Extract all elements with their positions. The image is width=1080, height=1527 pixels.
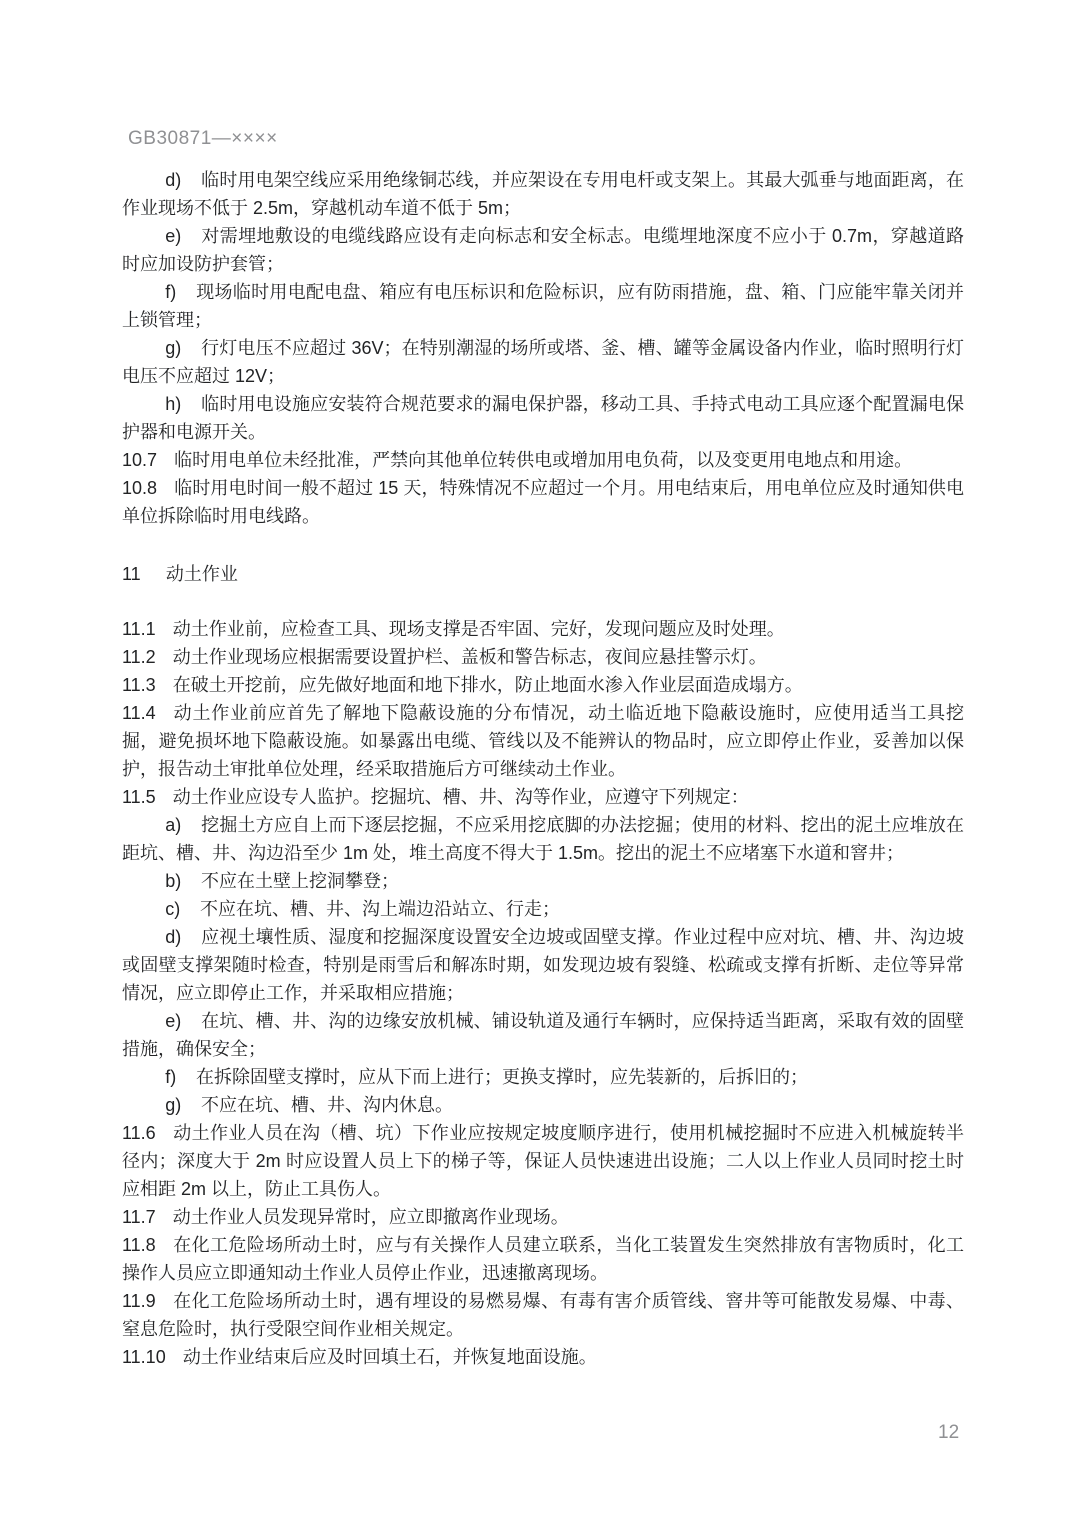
- clause-paragraph: 11.4动土作业前应首先了解地下隐蔽设施的分布情况，动土临近地下隐蔽设施时，应使…: [122, 699, 964, 783]
- clause-paragraph: e)对需埋地敷设的电缆线路应设有走向标志和安全标志。电缆埋地深度不应小于 0.7…: [122, 222, 964, 278]
- clause-paragraph: 11.8在化工危险场所动土时，应与有关操作人员建立联系，当化工装置发生突然排放有…: [122, 1231, 964, 1287]
- clause-text: 动土作业: [166, 564, 238, 584]
- clause-text: 现场临时用电配电盘、箱应有电压标识和危险标识，应有防雨措施，盘、箱、门应能牢靠关…: [122, 282, 964, 330]
- clause-label: 11.5: [122, 787, 156, 807]
- clause-text: 应视土壤性质、湿度和挖掘深度设置安全边坡或固壁支撑。作业过程中应对坑、槽、井、沟…: [122, 927, 964, 1003]
- clause-paragraph: d)临时用电架空线应采用绝缘铜芯线，并应架设在专用电杆或支架上。其最大弧垂与地面…: [122, 166, 964, 222]
- page-number: 12: [938, 1422, 959, 1444]
- clause-paragraph: 11.3在破土开挖前，应先做好地面和地下排水，防止地面水渗入作业层面造成塌方。: [122, 671, 964, 699]
- clause-label: h): [165, 394, 181, 414]
- clause-text: 动土作业应设专人监护。挖掘坑、槽、井、沟等作业，应遵守下列规定：: [173, 787, 749, 807]
- clause-paragraph: h)临时用电设施应安装符合规范要求的漏电保护器，移动工具、手持式电动工具应逐个配…: [122, 390, 964, 446]
- clause-text: 临时用电设施应安装符合规范要求的漏电保护器，移动工具、手持式电动工具应逐个配置漏…: [122, 394, 964, 442]
- clause-paragraph: b)不应在土壁上挖洞攀登；: [122, 867, 964, 895]
- clause-label: 11.9: [122, 1291, 156, 1311]
- clause-paragraph: 11.10动土作业结束后应及时回填土石，并恢复地面设施。: [122, 1343, 964, 1371]
- clause-paragraph: 11.6动土作业人员在沟（槽、坑）下作业应按规定坡度顺序进行，使用机械挖掘时不应…: [122, 1119, 964, 1203]
- clause-label: d): [165, 927, 181, 947]
- clause-label: f): [165, 282, 176, 302]
- clause-paragraph: 11.2动土作业现场应根据需要设置护栏、盖板和警告标志，夜间应悬挂警示灯。: [122, 643, 964, 671]
- clause-label: c): [165, 899, 180, 919]
- clause-text: 动土作业现场应根据需要设置护栏、盖板和警告标志，夜间应悬挂警示灯。: [173, 647, 767, 667]
- clause-label: 11.2: [122, 647, 156, 667]
- clause-text: 临时用电时间一般不超过 15 天，特殊情况不应超过一个月。用电结束后，用电单位应…: [122, 478, 964, 526]
- clause-text: 在拆除固壁支撑时，应从下而上进行；更换支撑时，应先装新的，后拆旧的；: [196, 1067, 808, 1087]
- clause-text: 挖掘土方应自上而下逐层挖掘，不应采用挖底脚的办法挖掘；使用的材料、挖出的泥土应堆…: [122, 815, 964, 863]
- clause-label: 11.6: [122, 1123, 156, 1143]
- clause-paragraph: g)不应在坑、槽、井、沟内休息。: [122, 1091, 964, 1119]
- clause-paragraph: a)挖掘土方应自上而下逐层挖掘，不应采用挖底脚的办法挖掘；使用的材料、挖出的泥土…: [122, 811, 964, 867]
- clause-paragraph: 11.5动土作业应设专人监护。挖掘坑、槽、井、沟等作业，应遵守下列规定：: [122, 783, 964, 811]
- clause-paragraph: 11.9在化工危险场所动土时，遇有埋设的易燃易爆、有毒有害介质管线、窨井等可能散…: [122, 1287, 964, 1343]
- clause-text: 行灯电压不应超过 36V；在特别潮湿的场所或塔、釜、槽、罐等金属设备内作业，临时…: [122, 338, 964, 386]
- clause-paragraph: 10.7临时用电单位未经批准，严禁向其他单位转供电或增加用电负荷，以及变更用电地…: [122, 446, 964, 474]
- clause-text: 临时用电单位未经批准，严禁向其他单位转供电或增加用电负荷，以及变更用电地点和用途…: [174, 450, 912, 470]
- clause-text: 动土作业前，应检查工具、现场支撑是否牢固、完好，发现问题应及时处理。: [173, 619, 785, 639]
- clause-label: 11.1: [122, 619, 156, 639]
- clause-paragraph: 11.7动土作业人员发现异常时，应立即撤离作业现场。: [122, 1203, 964, 1231]
- clause-text: 临时用电架空线应采用绝缘铜芯线，并应架设在专用电杆或支架上。其最大弧垂与地面距离…: [122, 170, 964, 218]
- clause-text: 在破土开挖前，应先做好地面和地下排水，防止地面水渗入作业层面造成塌方。: [173, 675, 803, 695]
- clause-paragraph: e)在坑、槽、井、沟的边缘安放机械、铺设轨道及通行车辆时，应保持适当距离，采取有…: [122, 1007, 964, 1063]
- clause-label: 11.8: [122, 1235, 156, 1255]
- clause-label: g): [165, 1095, 181, 1115]
- clause-text: 在化工危险场所动土时，遇有埋设的易燃易爆、有毒有害介质管线、窨井等可能散发易爆、…: [122, 1291, 964, 1339]
- clause-paragraph: 11.1动土作业前，应检查工具、现场支撑是否牢固、完好，发现问题应及时处理。: [122, 615, 964, 643]
- clause-label: 11.4: [122, 703, 156, 723]
- clause-text: 不应在土壁上挖洞攀登；: [201, 871, 399, 891]
- clause-label: 10.7: [122, 450, 157, 470]
- clause-text: 动土作业结束后应及时回填土石，并恢复地面设施。: [183, 1347, 597, 1367]
- section-heading: 11动土作业: [122, 560, 964, 588]
- clause-text: 不应在坑、槽、井、沟内休息。: [201, 1095, 453, 1115]
- clause-paragraph: f)在拆除固壁支撑时，应从下而上进行；更换支撑时，应先装新的，后拆旧的；: [122, 1063, 964, 1091]
- clause-text: 对需埋地敷设的电缆线路应设有走向标志和安全标志。电缆埋地深度不应小于 0.7m，…: [122, 226, 964, 274]
- clause-label: d): [165, 170, 181, 190]
- clause-label: e): [165, 1011, 181, 1031]
- clause-paragraph: f)现场临时用电配电盘、箱应有电压标识和危险标识，应有防雨措施，盘、箱、门应能牢…: [122, 278, 964, 334]
- document-page: GB30871—×××× d)临时用电架空线应采用绝缘铜芯线，并应架设在专用电杆…: [0, 0, 1080, 1527]
- clause-label: f): [165, 1067, 176, 1087]
- clause-text: 动土作业人员发现异常时，应立即撤离作业现场。: [173, 1207, 569, 1227]
- clause-paragraph: 10.8临时用电时间一般不超过 15 天，特殊情况不应超过一个月。用电结束后，用…: [122, 474, 964, 530]
- clause-label: 11.3: [122, 675, 156, 695]
- clause-text: 在化工危险场所动土时，应与有关操作人员建立联系，当化工装置发生突然排放有害物质时…: [122, 1235, 964, 1283]
- clause-text: 不应在坑、槽、井、沟上端边沿站立、行走；: [200, 899, 560, 919]
- clause-label: 11.10: [122, 1347, 166, 1367]
- clause-text: 动土作业前应首先了解地下隐蔽设施的分布情况，动土临近地下隐蔽设施时，应使用适当工…: [122, 703, 964, 779]
- clause-label: a): [165, 815, 181, 835]
- clause-text: 在坑、槽、井、沟的边缘安放机械、铺设轨道及通行车辆时，应保持适当距离，采取有效的…: [122, 1011, 964, 1059]
- standard-number-header: GB30871—××××: [128, 128, 278, 150]
- clause-paragraph: d)应视土壤性质、湿度和挖掘深度设置安全边坡或固壁支撑。作业过程中应对坑、槽、井…: [122, 923, 964, 1007]
- clause-label: b): [165, 871, 181, 891]
- clause-label: 11.7: [122, 1207, 156, 1227]
- clause-label: 10.8: [122, 478, 157, 498]
- document-body: d)临时用电架空线应采用绝缘铜芯线，并应架设在专用电杆或支架上。其最大弧垂与地面…: [122, 166, 964, 1371]
- clause-label: e): [165, 226, 181, 246]
- clause-paragraph: c)不应在坑、槽、井、沟上端边沿站立、行走；: [122, 895, 964, 923]
- clause-text: 动土作业人员在沟（槽、坑）下作业应按规定坡度顺序进行，使用机械挖掘时不应进入机械…: [122, 1123, 964, 1199]
- clause-label: 11: [122, 564, 141, 584]
- clause-label: g): [165, 338, 181, 358]
- clause-paragraph: g)行灯电压不应超过 36V；在特别潮湿的场所或塔、釜、槽、罐等金属设备内作业，…: [122, 334, 964, 390]
